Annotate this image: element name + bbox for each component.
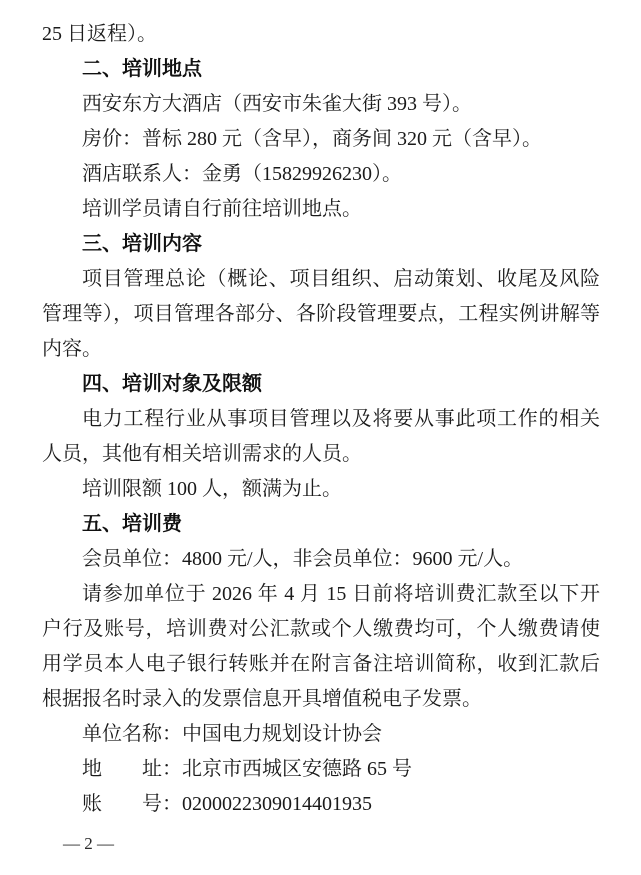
paragraph-bank-account-number: 账 号：0200022309014401935 xyxy=(42,787,600,822)
section-training-fee: 五、培训费 会员单位：4800 元/人，非会员单位：9600 元/人。 请参加单… xyxy=(42,507,600,822)
continuation-paragraph: 25 日返程）。 xyxy=(42,17,600,52)
paragraph-travel-note: 培训学员请自行前往培训地点。 xyxy=(42,192,600,227)
page-number: — 2 — xyxy=(63,834,114,854)
paragraph-bank-address: 地 址：北京市西城区安德路 65 号 xyxy=(42,752,600,787)
section-training-audience: 四、培训对象及限额 电力工程行业从事项目管理以及将要从事此项工作的相关人员，其他… xyxy=(42,367,600,507)
section-heading-content: 三、培训内容 xyxy=(42,227,600,262)
paragraph-audience: 电力工程行业从事项目管理以及将要从事此项工作的相关人员，其他有相关培训需求的人员… xyxy=(42,402,600,472)
section-training-location: 二、培训地点 西安东方大酒店（西安市朱雀大街 393 号）。 房价：普标 280… xyxy=(42,52,600,227)
section-heading-fee: 五、培训费 xyxy=(42,507,600,542)
section-heading-location: 二、培训地点 xyxy=(42,52,600,87)
paragraph-room-price: 房价：普标 280 元（含早），商务间 320 元（含早）。 xyxy=(42,122,600,157)
paragraph-hotel-contact: 酒店联系人：金勇（15829926230）。 xyxy=(42,157,600,192)
paragraph-content-outline: 项目管理总论（概论、项目组织、启动策划、收尾及风险管理等），项目管理各部分、各阶… xyxy=(42,262,600,367)
paragraph-payment-instructions: 请参加单位于 2026 年 4 月 15 日前将培训费汇款至以下开户行及账号，培… xyxy=(42,577,600,717)
section-training-content: 三、培训内容 项目管理总论（概论、项目组织、启动策划、收尾及风险管理等），项目管… xyxy=(42,227,600,367)
paragraph-hotel: 西安东方大酒店（西安市朱雀大街 393 号）。 xyxy=(42,87,600,122)
paragraph-bank-account-name: 单位名称：中国电力规划设计协会 xyxy=(42,717,600,752)
document-content: 25 日返程）。 二、培训地点 西安东方大酒店（西安市朱雀大街 393 号）。 … xyxy=(42,17,600,822)
paragraph-quota: 培训限额 100 人，额满为止。 xyxy=(42,472,600,507)
section-heading-audience: 四、培训对象及限额 xyxy=(42,367,600,402)
paragraph-fee-amount: 会员单位：4800 元/人，非会员单位：9600 元/人。 xyxy=(42,542,600,577)
document-page: 25 日返程）。 二、培训地点 西安东方大酒店（西安市朱雀大街 393 号）。 … xyxy=(0,0,641,875)
